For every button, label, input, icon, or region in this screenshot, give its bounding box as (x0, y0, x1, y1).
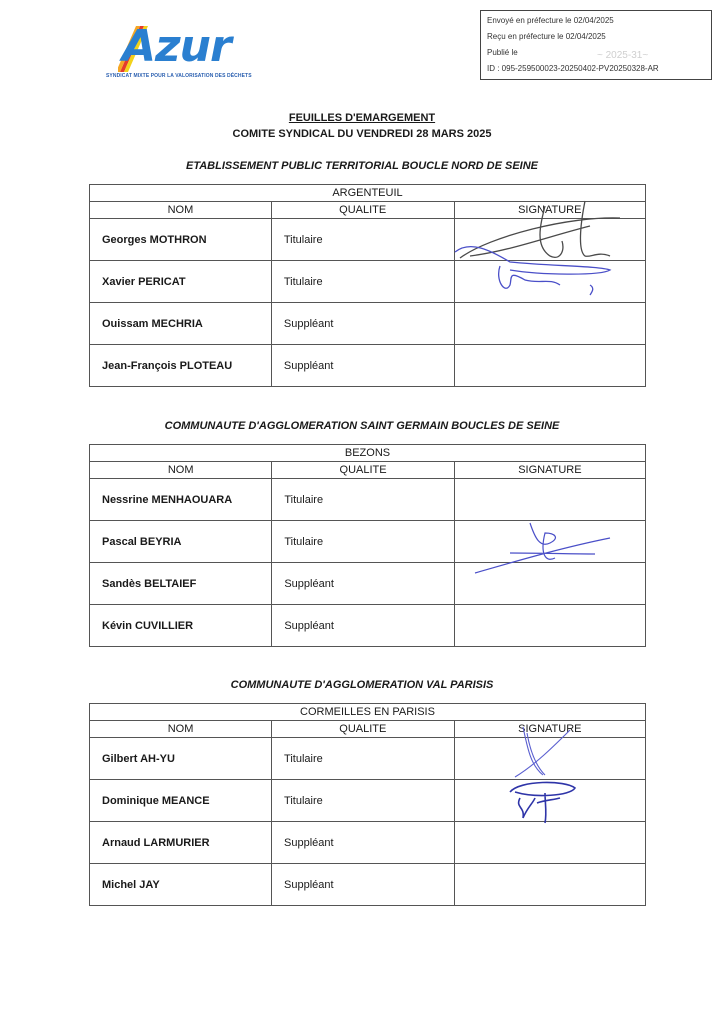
table-row: Kévin CUVILLIER Suppléant (90, 605, 646, 647)
member-name: Sandès BELTAIEF (90, 563, 272, 605)
column-header-nom: NOM (90, 202, 272, 219)
signature-cell[interactable] (454, 219, 645, 261)
column-header-signature: SIGNATURE (454, 202, 645, 219)
table-row: Georges MOTHRON Titulaire (90, 219, 646, 261)
logo-tagline: SYNDICAT MIXTE POUR LA VALORISATION DES … (106, 73, 252, 79)
member-name: Michel JAY (90, 864, 272, 906)
section-heading: COMMUNAUTE D'AGGLOMERATION SAINT GERMAIN… (0, 420, 724, 432)
table-row: Dominique MEANCE Titulaire (90, 780, 646, 822)
member-name: Xavier PERICAT (90, 261, 272, 303)
table-row: Nessrine MENHAOUARA Titulaire (90, 479, 646, 521)
stamp-published-label: Publié le (487, 48, 518, 57)
signature-cell[interactable] (454, 605, 645, 647)
member-role: Titulaire (272, 780, 455, 822)
commune-header: CORMEILLES EN PARISIS (90, 704, 646, 721)
member-role: Titulaire (272, 479, 454, 521)
attendance-table: ARGENTEUIL NOM QUALITE SIGNATURE Georges… (89, 184, 646, 387)
table-row: Arnaud LARMURIER Suppléant (90, 822, 646, 864)
signature-cell[interactable] (454, 780, 645, 822)
stamp-received: Reçu en préfecture le 02/04/2025 (487, 31, 705, 47)
member-name: Dominique MEANCE (90, 780, 272, 822)
column-header-qualite: QUALITE (271, 202, 454, 219)
signature-cell[interactable] (454, 822, 645, 864)
member-name: Pascal BEYRIA (90, 521, 272, 563)
table-row: Xavier PERICAT Titulaire (90, 261, 646, 303)
table-row: Pascal BEYRIA Titulaire (90, 521, 646, 563)
signature-cell[interactable] (454, 479, 645, 521)
signature-cell[interactable] (454, 864, 645, 906)
stamp-id: ID : 095-259500023-20250402-PV20250328-A… (487, 63, 705, 79)
section-heading: COMMUNAUTE D'AGGLOMERATION VAL PARISIS (0, 679, 724, 691)
signature-cell[interactable] (454, 521, 645, 563)
member-role: Suppléant (271, 303, 454, 345)
prefecture-stamp: Envoyé en préfecture le 02/04/2025 Reçu … (480, 10, 712, 80)
member-role: Suppléant (272, 563, 454, 605)
column-header-nom: NOM (90, 721, 272, 738)
commune-header: BEZONS (90, 445, 646, 462)
table-row: Jean-François PLOTEAU Suppléant (90, 345, 646, 387)
member-role: Suppléant (272, 864, 455, 906)
table-row: Sandès BELTAIEF Suppléant (90, 563, 646, 605)
member-name: Kévin CUVILLIER (90, 605, 272, 647)
column-header-nom: NOM (90, 462, 272, 479)
attendance-table: BEZONS NOM QUALITE SIGNATURE Nessrine ME… (89, 444, 646, 647)
member-name: Georges MOTHRON (90, 219, 272, 261)
member-role: Titulaire (272, 521, 454, 563)
member-role: Titulaire (271, 261, 454, 303)
column-header-qualite: QUALITE (272, 462, 454, 479)
member-name: Gilbert AH-YU (90, 738, 272, 780)
document-subtitle: COMITE SYNDICAL DU VENDREDI 28 MARS 2025 (0, 128, 724, 140)
member-role: Titulaire (272, 738, 455, 780)
table-row: Gilbert AH-YU Titulaire (90, 738, 646, 780)
stamp-published: Publié le ~ 2025-31~ (487, 47, 705, 63)
attendance-table: CORMEILLES EN PARISIS NOM QUALITE SIGNAT… (89, 703, 646, 906)
table-row: Michel JAY Suppléant (90, 864, 646, 906)
stamp-sent: Envoyé en préfecture le 02/04/2025 (487, 15, 705, 31)
azur-logo: Azur SYNDICAT MIXTE POUR LA VALORISATION… (104, 20, 274, 80)
column-header-qualite: QUALITE (272, 721, 455, 738)
member-name: Nessrine MENHAOUARA (90, 479, 272, 521)
stamp-published-number: ~ 2025-31~ (597, 50, 648, 62)
signature-cell[interactable] (454, 303, 645, 345)
member-name: Arnaud LARMURIER (90, 822, 272, 864)
signature-cell[interactable] (454, 563, 645, 605)
logo-wordmark: Azur (122, 22, 231, 72)
member-name: Jean-François PLOTEAU (90, 345, 272, 387)
commune-header: ARGENTEUIL (90, 185, 646, 202)
member-role: Suppléant (272, 822, 455, 864)
signature-cell[interactable] (454, 345, 645, 387)
signature-cell[interactable] (454, 261, 645, 303)
member-role: Suppléant (272, 605, 454, 647)
member-role: Titulaire (271, 219, 454, 261)
table-row: Ouissam MECHRIA Suppléant (90, 303, 646, 345)
column-header-signature: SIGNATURE (454, 721, 645, 738)
section-heading: ETABLISSEMENT PUBLIC TERRITORIAL BOUCLE … (0, 160, 724, 172)
member-role: Suppléant (271, 345, 454, 387)
member-name: Ouissam MECHRIA (90, 303, 272, 345)
signature-cell[interactable] (454, 738, 645, 780)
document-title: FEUILLES D'EMARGEMENT (0, 112, 724, 124)
column-header-signature: SIGNATURE (454, 462, 645, 479)
